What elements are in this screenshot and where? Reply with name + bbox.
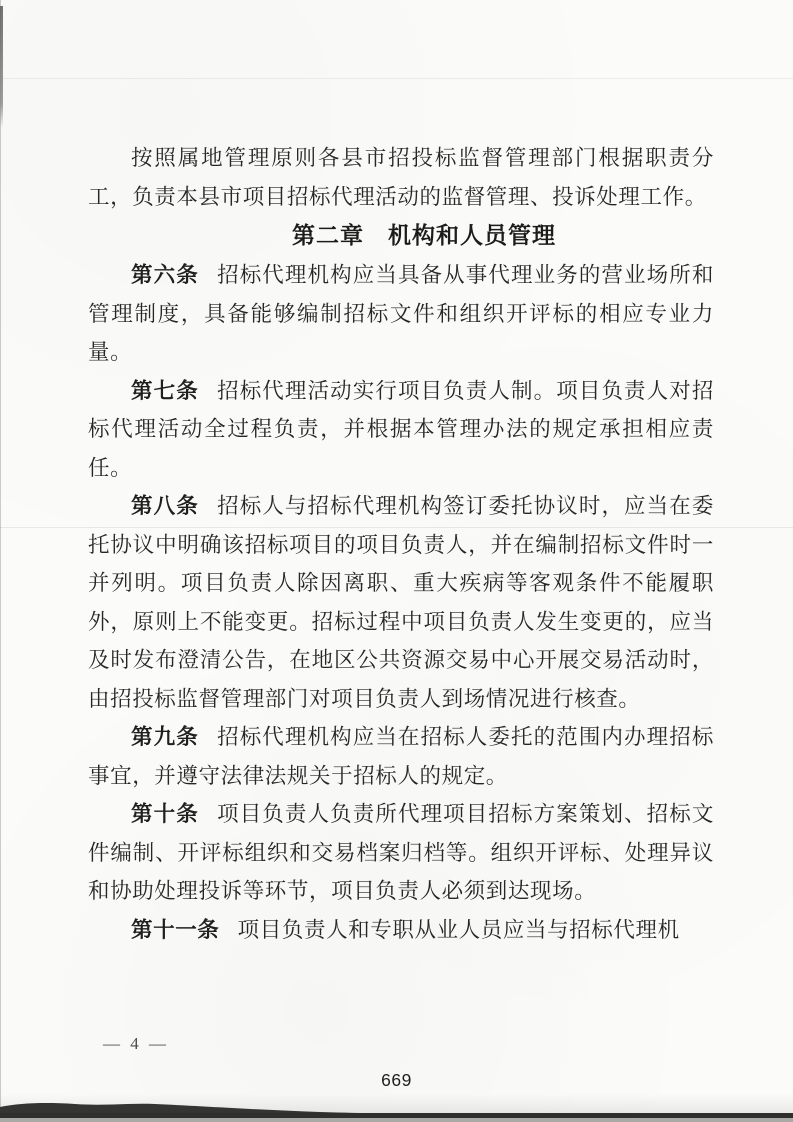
- article-9-label: 第九条: [131, 725, 199, 749]
- document-text-block: 按照属地管理原则各县市招投标监督管理部门根据职责分工，负责本县市项目招标代理活动…: [88, 139, 714, 949]
- article-10-label: 第十条: [131, 802, 199, 826]
- article-9-paragraph: 第九条招标代理机构应当在招标人委托的范围内办理招标事宜，并遵守法律法规关于招标人…: [88, 718, 714, 795]
- article-6-paragraph: 第六条招标代理机构应当具备从事代理业务的营业场所和管理制度，具备能够编制招标文件…: [88, 256, 714, 372]
- article-7-paragraph: 第七条招标代理活动实行项目负责人制。项目负责人对招标代理活动全过程负责，并根据本…: [88, 372, 714, 488]
- scanned-document-page: { "document": { "intro_paragraph": "按照属地…: [0, 0, 793, 1122]
- page-number: — 4 —: [103, 1034, 169, 1054]
- intro-paragraph-text: 按照属地管理原则各县市招投标监督管理部门根据职责分工，负责本县市项目招标代理活动…: [88, 146, 714, 209]
- article-10-paragraph: 第十条项目负责人负责所代理项目招标方案策划、招标文件编制、开评标组织和交易档案归…: [88, 795, 714, 911]
- article-6-label: 第六条: [131, 263, 199, 287]
- chapter-heading: 第二章 机构和人员管理: [88, 216, 714, 256]
- scan-left-edge-shadow: [0, 6, 3, 128]
- article-11-text: 项目负责人和专职从业人员应当与招标代理机: [238, 918, 680, 942]
- scan-crease-top: [0, 78, 793, 79]
- article-11-paragraph: 第十一条项目负责人和专职从业人员应当与招标代理机: [88, 911, 714, 950]
- scan-bottom-light-band: [0, 1118, 793, 1122]
- scan-left-edge-line: [0, 0, 1, 1122]
- article-8-label: 第八条: [131, 494, 199, 518]
- article-11-label: 第十一条: [131, 918, 219, 942]
- intro-paragraph: 按照属地管理原则各县市招投标监督管理部门根据职责分工，负责本县市项目招标代理活动…: [88, 139, 714, 216]
- sheet-number: 669: [0, 1070, 793, 1091]
- article-7-label: 第七条: [131, 379, 199, 403]
- article-8-paragraph: 第八条招标人与招标代理机构签订委托协议时，应当在委托协议中明确该招标项目的项目负…: [88, 487, 714, 718]
- article-8-text: 招标人与招标代理机构签订委托协议时，应当在委托协议中明确该招标项目的项目负责人，…: [88, 494, 714, 711]
